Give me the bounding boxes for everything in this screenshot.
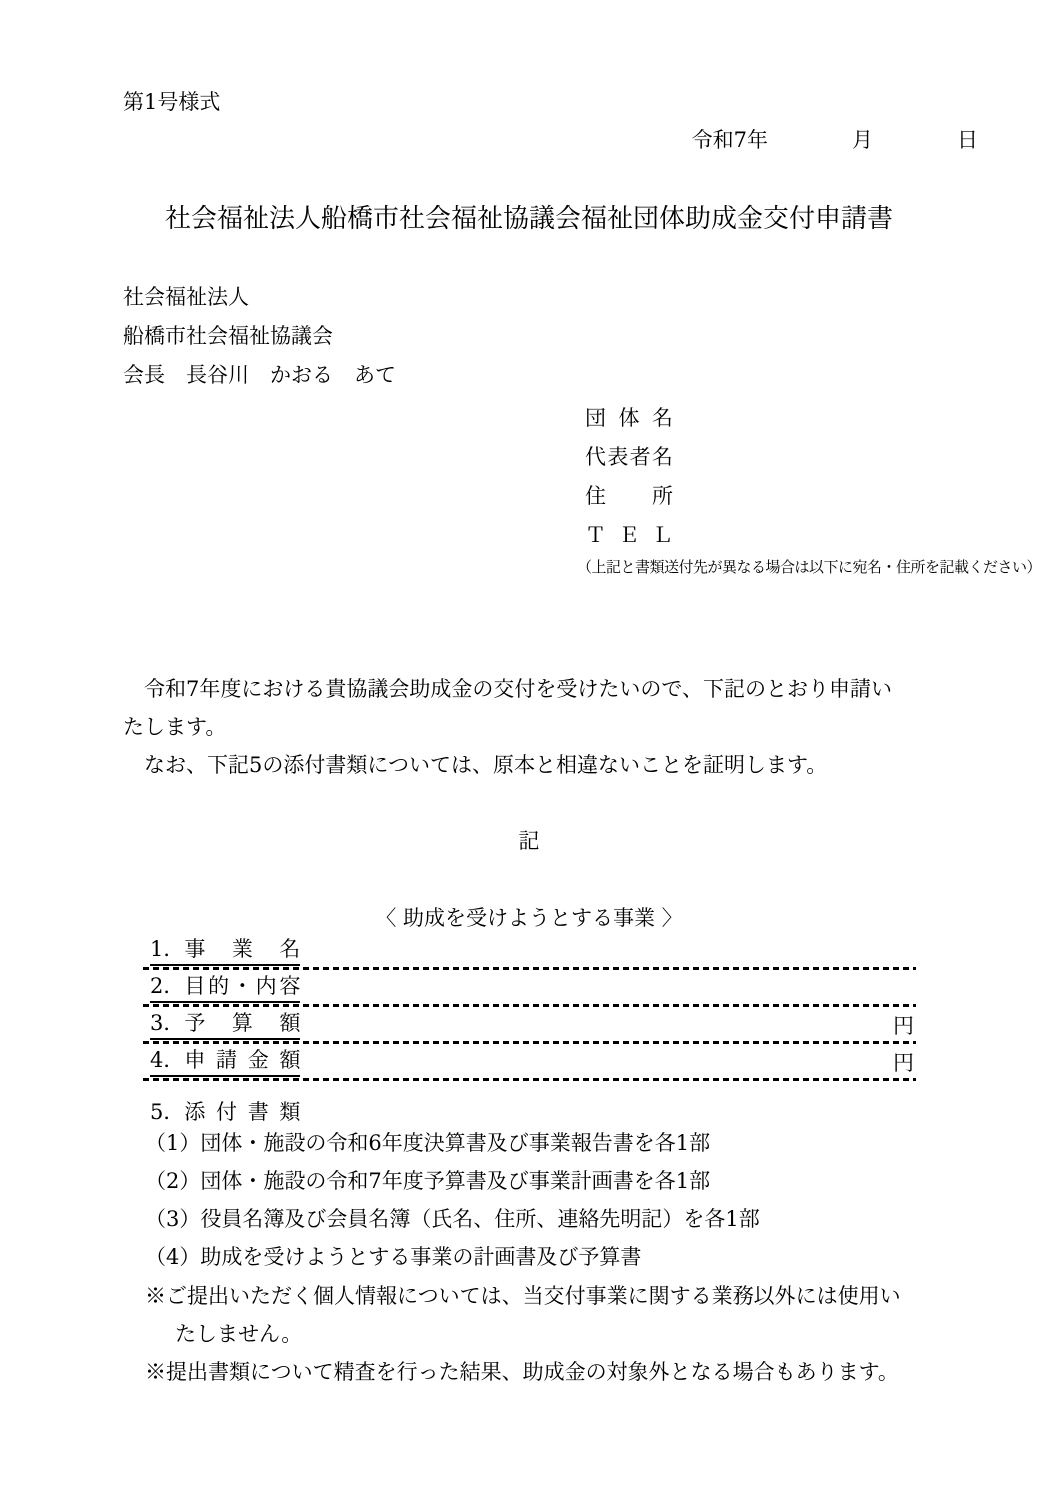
attachments-heading-num: 5． [150,1098,184,1126]
request-paragraph-line2: たします。 [123,713,226,741]
business-item-row-purpose: 2．目的・内容 [143,970,916,1007]
review-note: ※提出書類について精査を行った結果、助成金の対象外となる場合もあります。 [145,1358,901,1396]
attachment-item-1: （1）団体・施設の令和6年度決算書及び事業報告書を各1部 [145,1129,760,1167]
notes-block: ※ご提出いただく個人情報については、当交付事業に関する業務以外には使用い たしま… [145,1282,901,1396]
addressee-council: 船橋市社会福祉協議会 [123,322,396,361]
business-item-row-requested-amount: 4．申請金額 円 [143,1044,916,1081]
business-item-row-budget: 3．予算額 円 [143,1007,916,1044]
request-paragraph-line1: 令和7年度における貴協議会助成金の交付を受けたいので、下記のとおり申請い [123,675,892,703]
ki-marker: 記 [0,827,1058,855]
budget-unit-yen: 円 [893,1012,914,1040]
addressee-block: 社会福祉法人 船橋市社会福祉協議会 会長 長谷川 かおる あて [123,283,396,400]
section-heading: 〈 助成を受けようとする事業 〉 [0,904,1058,932]
requested-amount-label: 4．申請金額 [150,1046,300,1077]
field-organization-name: 団体名 [585,404,673,443]
applicant-fields-block: 団体名 代表者名 住所 ＴＥＬ [585,404,673,560]
tel-label: ＴＥＬ [585,521,673,549]
attachments-heading-name: 添付書類 [184,1098,300,1126]
purpose-label: 2．目的・内容 [150,972,300,1003]
field-tel: ＴＥＬ [585,521,673,560]
representative-name-label: 代表者名 [585,443,673,471]
attachment-item-4: （4）助成を受けようとする事業の計画書及び予算書 [145,1243,760,1281]
address-label: 住所 [585,482,673,510]
business-items-block: 1．事業名 2．目的・内容 3．予算額 円 4．申請金額 円 [143,933,916,1081]
document-title: 社会福祉法人船橋市社会福祉協議会福祉団体助成金交付申請書 [0,202,1058,237]
business-item-row-project-name: 1．事業名 [143,933,916,970]
date-line: 令和7年 月 日 [692,126,978,154]
document-page: 第1号様式 令和7年 月 日 社会福祉法人船橋市社会福祉協議会福祉団体助成金交付… [0,0,1058,1497]
privacy-note-line2: たしません。 [145,1320,901,1358]
form-number: 第1号様式 [123,88,220,116]
requested-amount-unit-yen: 円 [893,1049,914,1077]
organization-name-label: 団体名 [585,404,673,432]
attachment-item-3: （3）役員名簿及び会員名簿（氏名、住所、連絡先明記）を各1部 [145,1205,760,1243]
field-representative-name: 代表者名 [585,443,673,482]
attachment-item-2: （2）団体・施設の令和7年度予算書及び事業計画書を各1部 [145,1167,760,1205]
field-address: 住所 [585,482,673,521]
attachments-heading: 5．添付書類 [150,1098,300,1126]
attachments-list: （1）団体・施設の令和6年度決算書及び事業報告書を各1部 （2）団体・施設の令和… [145,1129,760,1281]
project-name-label: 1．事業名 [150,935,300,966]
mailing-address-note: （上記と書類送付先が異なる場合は以下に宛名・住所を記載ください） [577,557,1041,577]
budget-label: 3．予算額 [150,1009,300,1040]
addressee-corporation: 社会福祉法人 [123,283,396,322]
certify-paragraph: なお、下記5の添付書類については、原本と相違ないことを証明します。 [123,751,827,779]
addressee-chairperson: 会長 長谷川 かおる あて [123,361,396,400]
privacy-note-line1: ※ご提出いただく個人情報については、当交付事業に関する業務以外には使用い [145,1282,901,1320]
